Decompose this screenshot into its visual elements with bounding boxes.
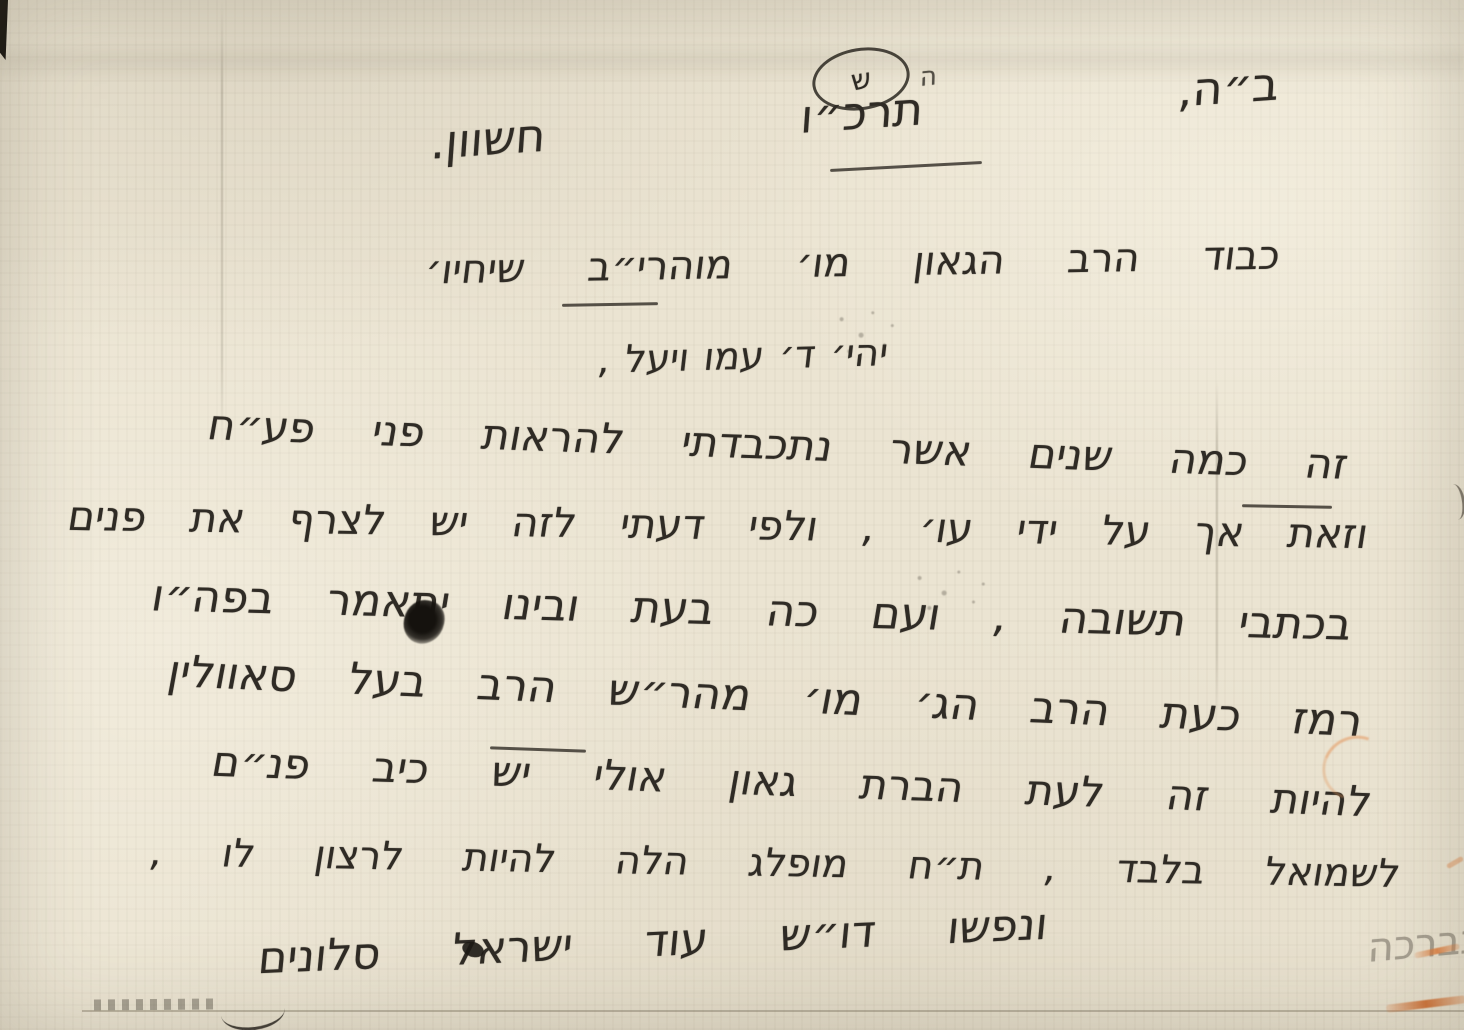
handwritten-word: עמו [702,333,767,379]
handwritten-word: כבוד [1200,232,1283,279]
bottom-edge-line [82,1010,1464,1012]
date-month: חשוון. [429,107,547,169]
handwritten-word: את [187,494,249,543]
handwritten-word: בעת [628,582,718,635]
handwritten-word: ויעל [623,335,692,381]
addressee-line: כבודהרבהגאוןמו׳מוהרי״בשיחיו׳ [422,232,1283,293]
handwritten-word: עו׳ [915,504,976,553]
handwritten-word: מו׳ [793,240,853,287]
handwritten-word: פנ״ם [208,737,315,789]
handwritten-word: הברת [856,760,968,812]
handwritten-word: , [858,503,878,551]
handwritten-word: בכתבי [1235,597,1356,651]
handwritten-word: הרב [473,659,561,713]
handwritten-word: כיב [369,743,433,794]
handwritten-word: הרב [1065,235,1142,282]
handwritten-word: לצרף [285,495,389,544]
handwritten-word: ולפי [745,501,822,550]
handwritten-word: אשר [886,424,976,476]
handwritten-word: לשמואל [1261,850,1403,897]
handwritten-word: שנים [1025,429,1117,481]
handwritten-word: להיות [460,836,560,882]
body-line: רמזכעתהרבהג׳מו׳מהר״שהרבבעלסאוולין [164,646,1367,747]
handwritten-word: זה [1301,439,1352,489]
underline-mark [830,161,982,172]
handwritten-word: על [1098,506,1154,555]
handwritten-word: פנים [64,492,150,541]
handwritten-word: מוהרי״ב [585,242,735,291]
handwritten-word: לעת [1022,765,1108,816]
handwritten-word: סאוולין [164,646,302,702]
handwritten-word: ונפשו [945,899,1050,955]
handwritten-word: מהר״ש [604,665,756,722]
handwritten-word: יש [488,747,536,797]
handwritten-word: בלבד [1113,847,1209,893]
handwritten-word: תשובה [1056,593,1191,647]
handwritten-word: מופלג [745,841,852,888]
handwritten-word: זה [1163,770,1214,820]
body-line: וזאתאךעלידיעו׳,ולפידעתילזהישלצרףאתפנים [64,492,1371,558]
body-line: לשמואלבלבד,ת״חמופלגהלהלהיותלרצוןלו, [147,830,1404,897]
ink-spatter-stain [900,560,998,620]
handwritten-word: פני [368,406,429,457]
handwritten-word: , [1041,846,1061,891]
handwritten-word: נתכבדתי [678,417,837,471]
crease-line [221,0,223,450]
handwritten-word: ובינו [498,579,583,632]
handwritten-word: , [147,830,167,875]
body-line: זהכמהשניםאשרנתכבדתילהראותפניפע״ח [204,400,1352,489]
handwritten-word: אולי [590,750,671,801]
handwritten-word: הלה [612,838,692,884]
edge-stroke-fragment [1444,483,1464,521]
handwritten-word: דו״ש [778,906,878,961]
handwritten-word: גאון [725,755,802,806]
handwritten-word: ת״ח [905,843,988,889]
handwritten-word: לרצון [311,833,407,879]
date-prefix: ב״ה, [1176,56,1280,117]
handwritten-word: ד׳ [776,332,818,377]
handwritten-word: וזאת [1285,509,1372,558]
handwritten-word: יש [426,497,472,545]
handwritten-word: הרב [1026,682,1114,736]
handwritten-word: סלונים [256,928,383,985]
paper-scan: ש ה ב״ה, תרכ״ו חשוון. כבודהרבהגאוןמו׳מוה… [0,0,1464,1030]
handwritten-word: לזה [509,498,581,547]
handwritten-word: הג׳ [910,677,984,730]
handwritten-word: הגאון [911,237,1008,285]
date-year: תרכ״ו [799,81,925,144]
closing-signature-line: ונפשודו״שעודישראלסלונים [256,899,1050,985]
orange-crayon-dash [1446,856,1464,869]
body-line: להיותזהלעתהברתגאוןאוליישכיבפנ״ם [208,737,1376,826]
handwritten-word: דעתי [617,500,709,549]
handwritten-word: מו׳ [798,673,867,726]
pencil-smudge [94,998,214,1010]
handwritten-word: כעת [1157,688,1246,742]
handwritten-word: להראות [478,410,629,464]
handwritten-word: פע״ח [204,400,320,452]
handwritten-word: כמה [1166,434,1253,485]
handwritten-word: שיחיו׳ [422,246,528,294]
body-line: בכתביתשובה,ועםכהבעתובינויתאמרבפה״ו [148,570,1356,650]
handwritten-word: לו [219,831,259,876]
handwritten-word: כה [763,585,823,637]
handwritten-word: , [596,337,613,381]
handwritten-word: עוד [642,913,710,967]
underline-mark [562,302,658,307]
handwritten-word: בפה״ו [148,570,278,624]
handwritten-word: אך [1191,508,1248,557]
ink-spatter-stain [826,300,904,364]
handwritten-word: בעל [344,654,431,708]
handwritten-word: ידי [1013,505,1061,553]
